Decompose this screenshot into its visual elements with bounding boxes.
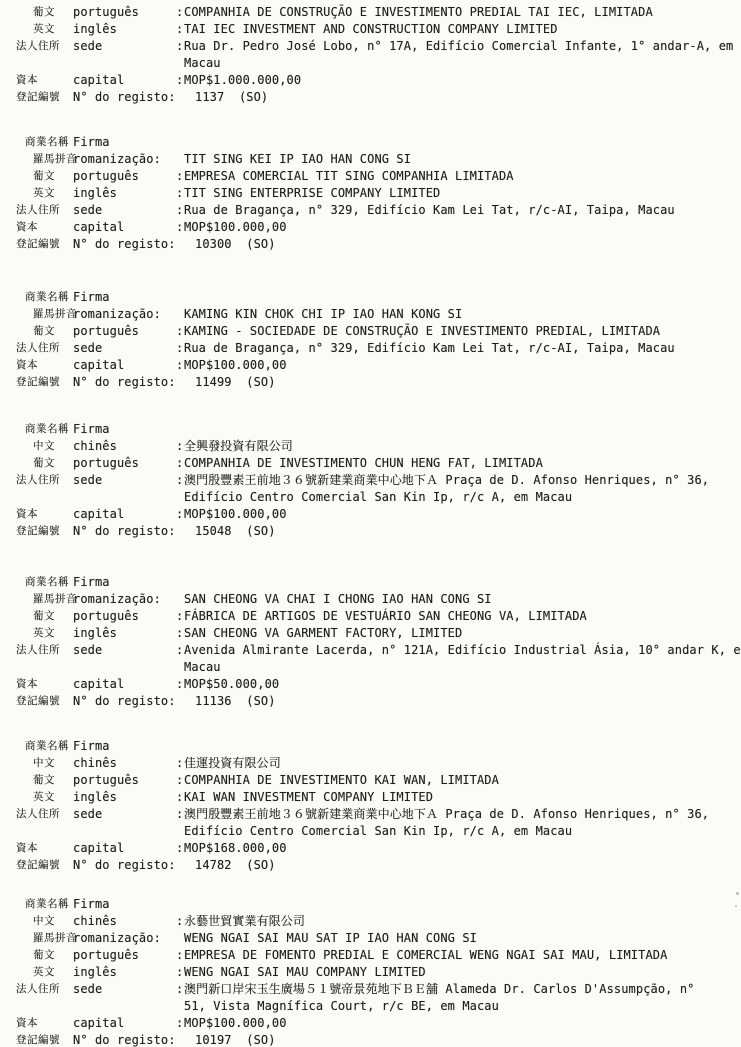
field-value: SAN CHEONG VA CHAI I CHONG IAO HAN CONG … (184, 591, 492, 608)
label-portuguese: inglês (73, 21, 117, 38)
separator-colon: : (176, 608, 183, 625)
label-portuguese: português (73, 608, 139, 625)
label-chinese: 商業名稱 (25, 421, 69, 438)
entry-row: 資本capital:MOP$100.000,00 (0, 219, 741, 236)
label-chinese: 商業名稱 (25, 289, 69, 306)
entry-row: 資本capital:MOP$100.000,00 (0, 506, 741, 523)
field-value: 澳門殷豐素王前地３６號新建業商業中心地下Ａ Praça de D. Afonso… (184, 472, 709, 489)
field-value-continuation: Edifício Centro Comercial San Kin Ip, r/… (184, 823, 572, 840)
separator-colon: : (176, 840, 183, 857)
entry-row: 法人住所sede:澳門新口岸宋玉生廣場５１號帝景苑地下ＢＥ舖 Alameda D… (0, 981, 741, 998)
entry-row: 商業名稱Firma (0, 134, 741, 151)
label-chinese: 資本 (16, 72, 38, 89)
entry-row: 法人住所sede:澳門殷豐素王前地３６號新建業商業中心地下Ａ Praça de … (0, 806, 741, 823)
separator-colon: : (176, 323, 183, 340)
label-portuguese: capital (73, 357, 124, 374)
field-value: 15048 (SO) (195, 523, 276, 540)
label-chinese: 法人住所 (16, 472, 60, 489)
entry-row: 羅馬拼音romanização:KAMING KIN CHOK CHI IP I… (0, 306, 741, 323)
field-value: KAMING KIN CHOK CHI IP IAO HAN KONG SI (184, 306, 462, 323)
scanned-registry-page: { "colors": { "paper": "#fbfbf9", "ink":… (0, 0, 741, 1047)
separator-colon: : (176, 947, 183, 964)
separator-colon: : (176, 455, 183, 472)
label-chinese: 登記編號 (16, 236, 60, 253)
label-chinese: 中文 (33, 913, 55, 930)
label-chinese: 法人住所 (16, 806, 60, 823)
field-value: 10197 (SO) (195, 1032, 276, 1047)
separator-colon: : (176, 72, 183, 89)
label-portuguese: N° do registo: (73, 523, 176, 540)
label-chinese: 英文 (33, 789, 55, 806)
field-value: 11499 (SO) (195, 374, 276, 391)
entry-row-continuation: Edifício Centro Comercial San Kin Ip, r/… (0, 489, 741, 506)
label-chinese: 法人住所 (16, 642, 60, 659)
label-portuguese: Firma (73, 574, 110, 591)
entry-row: 登記編號N° do registo:15048 (SO) (0, 523, 741, 540)
separator-colon: : (176, 168, 183, 185)
separator-colon: : (176, 964, 183, 981)
scan-artifact (736, 892, 739, 895)
field-value: Avenida Almirante Lacerda, n° 121A, Edif… (184, 642, 741, 659)
field-value: KAMING - SOCIEDADE DE CONSTRUÇÃO E INVES… (184, 323, 660, 340)
entry-row: 英文inglês:SAN CHEONG VA GARMENT FACTORY, … (0, 625, 741, 642)
entry-row: 商業名稱Firma (0, 421, 741, 438)
entry-row: 葡文português:FÁBRICA DE ARTIGOS DE VESTUÁ… (0, 608, 741, 625)
registry-entry: 商業名稱Firma中文chinês:佳運投資有限公司葡文português:CO… (0, 738, 741, 874)
entry-row-continuation: Macau (0, 659, 741, 676)
label-portuguese: chinês (73, 913, 117, 930)
field-value: Rua Dr. Pedro José Lobo, n° 17A, Edifíci… (184, 38, 733, 55)
field-value: 佳運投資有限公司 (184, 755, 281, 772)
entry-row: 法人住所sede:澳門殷豐素王前地３６號新建業商業中心地下Ａ Praça de … (0, 472, 741, 489)
label-portuguese: inglês (73, 789, 117, 806)
field-value: MOP$168.000,00 (184, 840, 287, 857)
field-value: KAI WAN INVESTMENT COMPANY LIMITED (184, 789, 433, 806)
field-value: EMPRESA DE FOMENTO PREDIAL E COMERCIAL W… (184, 947, 667, 964)
field-value: TIT SING ENTERPRISE COMPANY LIMITED (184, 185, 440, 202)
label-chinese: 資本 (16, 506, 38, 523)
label-chinese: 中文 (33, 755, 55, 772)
label-portuguese: N° do registo: (73, 236, 176, 253)
field-value: SAN CHEONG VA GARMENT FACTORY, LIMITED (184, 625, 462, 642)
label-portuguese: capital (73, 1015, 124, 1032)
field-value: FÁBRICA DE ARTIGOS DE VESTUÁRIO SAN CHEO… (184, 608, 587, 625)
entry-row: 葡文português:COMPANHIA DE INVESTIMENTO CH… (0, 455, 741, 472)
label-portuguese: Firma (73, 134, 110, 151)
label-portuguese: Firma (73, 289, 110, 306)
separator-colon: : (176, 755, 183, 772)
entry-row: 資本capital:MOP$100.000,00 (0, 1015, 741, 1032)
separator-colon: : (176, 772, 183, 789)
label-chinese: 羅馬拼音 (33, 591, 77, 608)
label-chinese: 登記編號 (16, 1032, 60, 1047)
label-chinese: 資本 (16, 219, 38, 236)
label-chinese: 商業名稱 (25, 896, 69, 913)
entry-row: 商業名稱Firma (0, 896, 741, 913)
label-portuguese: chinês (73, 755, 117, 772)
entry-row: 登記編號N° do registo:11136 (SO) (0, 693, 741, 710)
entry-row: 葡文português:KAMING - SOCIEDADE DE CONSTR… (0, 323, 741, 340)
field-value: 1137 (SO) (195, 89, 268, 106)
separator-colon: : (176, 357, 183, 374)
label-portuguese: inglês (73, 625, 117, 642)
label-chinese: 登記編號 (16, 857, 60, 874)
label-portuguese: sede (73, 38, 102, 55)
label-chinese: 法人住所 (16, 340, 60, 357)
field-value: 10300 (SO) (195, 236, 276, 253)
label-chinese: 商業名稱 (25, 134, 69, 151)
field-value: MOP$100.000,00 (184, 357, 287, 374)
entry-row: 英文inglês:TIT SING ENTERPRISE COMPANY LIM… (0, 185, 741, 202)
field-value: MOP$50.000,00 (184, 676, 279, 693)
label-chinese: 英文 (33, 625, 55, 642)
entry-row: 登記編號N° do registo:11499 (SO) (0, 374, 741, 391)
label-portuguese: capital (73, 840, 124, 857)
entry-row: 中文chinês:全興發投資有限公司 (0, 438, 741, 455)
entry-row: 登記編號N° do registo:14782 (SO) (0, 857, 741, 874)
field-value: 全興發投資有限公司 (184, 438, 293, 455)
field-value: MOP$100.000,00 (184, 1015, 287, 1032)
entry-row-continuation: 51, Vista Magnífica Court, r/c BE, em Ma… (0, 998, 741, 1015)
separator-colon: : (176, 202, 183, 219)
label-portuguese: português (73, 4, 139, 21)
label-chinese: 羅馬拼音 (33, 930, 77, 947)
separator-colon: : (176, 642, 183, 659)
registry-document: 葡文português:COMPANHIA DE CONSTRUÇÃO E IN… (0, 4, 741, 1047)
entry-row: 英文inglês:WENG NGAI SAI MAU COMPANY LIMIT… (0, 964, 741, 981)
label-portuguese: N° do registo: (73, 693, 176, 710)
entry-row: 英文inglês:TAI IEC INVESTMENT AND CONSTRUC… (0, 21, 741, 38)
separator-colon: : (176, 438, 183, 455)
label-portuguese: português (73, 323, 139, 340)
label-chinese: 商業名稱 (25, 738, 69, 755)
label-portuguese: sede (73, 981, 102, 998)
separator-colon: : (176, 806, 183, 823)
field-value: 14782 (SO) (195, 857, 276, 874)
entry-row: 商業名稱Firma (0, 289, 741, 306)
entry-row: 資本capital:MOP$50.000,00 (0, 676, 741, 693)
entry-row: 法人住所sede:Rua Dr. Pedro José Lobo, n° 17A… (0, 38, 741, 55)
entry-row: 法人住所sede:Avenida Almirante Lacerda, n° 1… (0, 642, 741, 659)
label-chinese: 葡文 (33, 455, 55, 472)
entry-row: 資本capital:MOP$168.000,00 (0, 840, 741, 857)
label-portuguese: Firma (73, 896, 110, 913)
separator-colon: : (176, 981, 183, 998)
label-chinese: 葡文 (33, 772, 55, 789)
separator-colon: : (176, 913, 183, 930)
label-portuguese: romanização: (73, 930, 161, 947)
label-chinese: 資本 (16, 676, 38, 693)
label-portuguese: romanização: (73, 591, 161, 608)
label-portuguese: inglês (73, 964, 117, 981)
entry-row: 葡文português:COMPANHIA DE INVESTIMENTO KA… (0, 772, 741, 789)
entry-row: 中文chinês:佳運投資有限公司 (0, 755, 741, 772)
label-portuguese: romanização: (73, 306, 161, 323)
field-value: MOP$100.000,00 (184, 219, 287, 236)
separator-colon: : (176, 472, 183, 489)
field-value: Rua de Bragança, n° 329, Edifício Kam Le… (184, 340, 675, 357)
field-value: 澳門殷豐素王前地３６號新建業商業中心地下Ａ Praça de D. Afonso… (184, 806, 709, 823)
label-portuguese: sede (73, 472, 102, 489)
entry-row: 葡文português:COMPANHIA DE CONSTRUÇÃO E IN… (0, 4, 741, 21)
field-value: 11136 (SO) (195, 693, 276, 710)
label-portuguese: N° do registo: (73, 374, 176, 391)
label-portuguese: capital (73, 219, 124, 236)
label-chinese: 法人住所 (16, 981, 60, 998)
entry-row: 羅馬拼音romanização:TIT SING KEI IP IAO HAN … (0, 151, 741, 168)
label-portuguese: Firma (73, 421, 110, 438)
field-value: COMPANHIA DE CONSTRUÇÃO E INVESTIMENTO P… (184, 4, 653, 21)
field-value-continuation: Edifício Centro Comercial San Kin Ip, r/… (184, 489, 572, 506)
label-chinese: 英文 (33, 185, 55, 202)
label-chinese: 登記編號 (16, 89, 60, 106)
label-portuguese: sede (73, 202, 102, 219)
separator-colon: : (176, 38, 183, 55)
label-portuguese: capital (73, 72, 124, 89)
entry-row-continuation: Macau (0, 55, 741, 72)
label-portuguese: português (73, 168, 139, 185)
field-value: EMPRESA COMERCIAL TIT SING COMPANHIA LIM… (184, 168, 514, 185)
field-value: COMPANHIA DE INVESTIMENTO CHUN HENG FAT,… (184, 455, 543, 472)
registry-entry: 商業名稱Firma中文chinês:全興發投資有限公司葡文português:C… (0, 421, 741, 540)
label-chinese: 資本 (16, 357, 38, 374)
label-chinese: 中文 (33, 438, 55, 455)
separator-colon: : (176, 185, 183, 202)
label-chinese: 羅馬拼音 (33, 151, 77, 168)
entry-row: 登記編號N° do registo:1137 (SO) (0, 89, 741, 106)
field-value: COMPANHIA DE INVESTIMENTO KAI WAN, LIMIT… (184, 772, 499, 789)
entry-row: 法人住所sede:Rua de Bragança, n° 329, Edifíc… (0, 202, 741, 219)
entry-row: 資本capital:MOP$1.000.000,00 (0, 72, 741, 89)
entry-row: 登記編號N° do registo:10300 (SO) (0, 236, 741, 253)
entry-row: 葡文português:EMPRESA COMERCIAL TIT SING C… (0, 168, 741, 185)
label-chinese: 登記編號 (16, 374, 60, 391)
separator-colon: : (176, 1015, 183, 1032)
label-portuguese: romanização: (73, 151, 161, 168)
label-portuguese: sede (73, 806, 102, 823)
label-chinese: 法人住所 (16, 38, 60, 55)
label-chinese: 登記編號 (16, 693, 60, 710)
label-portuguese: N° do registo: (73, 1032, 176, 1047)
registry-entry: 葡文português:COMPANHIA DE CONSTRUÇÃO E IN… (0, 4, 741, 106)
separator-colon: : (176, 506, 183, 523)
field-value-continuation: 51, Vista Magnífica Court, r/c BE, em Ma… (184, 998, 499, 1015)
label-chinese: 葡文 (33, 608, 55, 625)
entry-row: 資本capital:MOP$100.000,00 (0, 357, 741, 374)
label-portuguese: chinês (73, 438, 117, 455)
separator-colon: : (176, 625, 183, 642)
field-value: 永藝世貿實業有限公司 (184, 913, 305, 930)
entry-row: 中文chinês:永藝世貿實業有限公司 (0, 913, 741, 930)
label-chinese: 法人住所 (16, 202, 60, 219)
separator-colon: : (176, 21, 183, 38)
label-portuguese: N° do registo: (73, 857, 176, 874)
label-portuguese: português (73, 455, 139, 472)
field-value: TAI IEC INVESTMENT AND CONSTRUCTION COMP… (184, 21, 558, 38)
field-value: WENG NGAI SAI MAU COMPANY LIMITED (184, 964, 426, 981)
label-chinese: 葡文 (33, 168, 55, 185)
entry-row: 法人住所sede:Rua de Bragança, n° 329, Edifíc… (0, 340, 741, 357)
separator-colon: : (176, 789, 183, 806)
field-value-continuation: Macau (184, 659, 221, 676)
registry-entry: 商業名稱Firma羅馬拼音romanização:KAMING KIN CHOK… (0, 289, 741, 391)
separator-colon: : (176, 219, 183, 236)
field-value: Rua de Bragança, n° 329, Edifício Kam Le… (184, 202, 675, 219)
label-chinese: 登記編號 (16, 523, 60, 540)
label-chinese: 葡文 (33, 323, 55, 340)
field-value: WENG NGAI SAI MAU SAT IP IAO HAN CONG SI (184, 930, 477, 947)
label-portuguese: português (73, 947, 139, 964)
separator-colon: : (176, 4, 183, 21)
label-chinese: 羅馬拼音 (33, 306, 77, 323)
field-value: 澳門新口岸宋玉生廣場５１號帝景苑地下ＢＥ舖 Alameda Dr. Carlos… (184, 981, 694, 998)
entry-row: 英文inglês:KAI WAN INVESTMENT COMPANY LIMI… (0, 789, 741, 806)
entry-row: 葡文português:EMPRESA DE FOMENTO PREDIAL E… (0, 947, 741, 964)
label-chinese: 葡文 (33, 947, 55, 964)
registry-entry: 商業名稱Firma羅馬拼音romanização:SAN CHEONG VA C… (0, 574, 741, 710)
entry-row: 羅馬拼音romanização:WENG NGAI SAI MAU SAT IP… (0, 930, 741, 947)
label-portuguese: sede (73, 340, 102, 357)
label-portuguese: capital (73, 506, 124, 523)
field-value: MOP$1.000.000,00 (184, 72, 301, 89)
label-portuguese: capital (73, 676, 124, 693)
label-portuguese: português (73, 772, 139, 789)
label-chinese: 英文 (33, 964, 55, 981)
label-chinese: 資本 (16, 840, 38, 857)
label-portuguese: N° do registo: (73, 89, 176, 106)
registry-entry: 商業名稱Firma中文chinês:永藝世貿實業有限公司羅馬拼音romaniza… (0, 896, 741, 1047)
entry-row: 羅馬拼音romanização:SAN CHEONG VA CHAI I CHO… (0, 591, 741, 608)
label-portuguese: sede (73, 642, 102, 659)
registry-entry: 商業名稱Firma羅馬拼音romanização:TIT SING KEI IP… (0, 134, 741, 253)
separator-colon: : (176, 340, 183, 357)
entry-row: 商業名稱Firma (0, 738, 741, 755)
label-chinese: 英文 (33, 21, 55, 38)
label-portuguese: inglês (73, 185, 117, 202)
entry-row: 登記編號N° do registo:10197 (SO) (0, 1032, 741, 1047)
label-chinese: 資本 (16, 1015, 38, 1032)
entry-row: 商業名稱Firma (0, 574, 741, 591)
label-portuguese: Firma (73, 738, 110, 755)
field-value: TIT SING KEI IP IAO HAN CONG SI (184, 151, 411, 168)
label-chinese: 葡文 (33, 4, 55, 21)
field-value-continuation: Macau (184, 55, 221, 72)
label-chinese: 商業名稱 (25, 574, 69, 591)
separator-colon: : (176, 676, 183, 693)
entry-row-continuation: Edifício Centro Comercial San Kin Ip, r/… (0, 823, 741, 840)
field-value: MOP$100.000,00 (184, 506, 287, 523)
